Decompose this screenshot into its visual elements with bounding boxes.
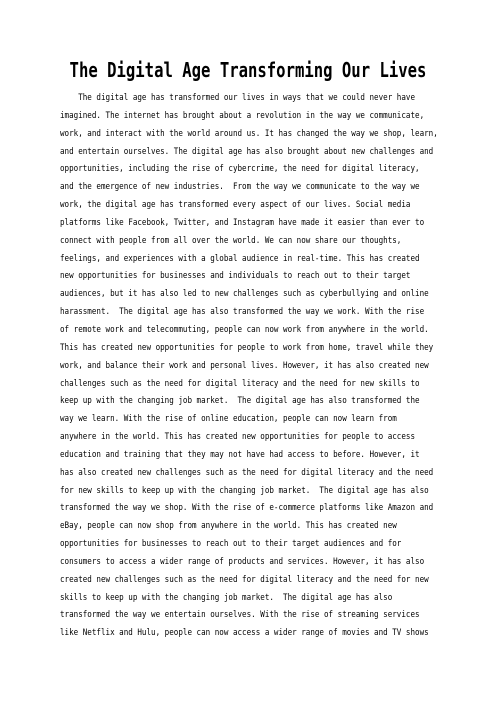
text-line: for new skills to keep up with the chang…	[60, 483, 379, 501]
text-line: consumers to access a wider range of pro…	[60, 554, 379, 572]
text-line: transformed the way we entertain ourselv…	[60, 607, 379, 625]
text-line: of remote work and telecommuting, people…	[60, 322, 379, 340]
text-line: education and training that they may not…	[60, 447, 379, 465]
text-line: work, and interact with the world around…	[60, 126, 379, 144]
text-line: work, the digital age has transformed ev…	[60, 197, 379, 215]
text-line: and the emergence of new industries. Fro…	[60, 179, 379, 197]
text-line: and entertain ourselves. The digital age…	[60, 144, 379, 162]
document-page: The Digital Age Transforming Our Lives T…	[0, 0, 496, 702]
text-line: keep up with the changing job market. Th…	[60, 393, 379, 411]
text-line: like Netflix and Hulu, people can now ac…	[60, 625, 379, 643]
text-line: platforms like Facebook, Twitter, and In…	[60, 215, 379, 233]
text-line: challenges such as the need for digital …	[60, 376, 379, 394]
text-line: This has created new opportunities for p…	[60, 340, 379, 358]
document-body-text: The digital age has transformed our live…	[60, 90, 440, 643]
text-line: audiences, but it has also led to new ch…	[60, 286, 379, 304]
text-line: work, and balance their work and persona…	[60, 358, 379, 376]
text-line: The digital age has transformed our live…	[60, 90, 379, 108]
text-line: imagined. The internet has brought about…	[60, 108, 379, 126]
text-line: connect with people from all over the wo…	[60, 233, 379, 251]
text-line: feelings, and experiences with a global …	[60, 251, 379, 269]
text-line: has also created new challenges such as …	[60, 465, 379, 483]
text-line: skills to keep up with the changing job …	[60, 590, 379, 608]
text-line: opportunities for businesses to reach ou…	[60, 536, 379, 554]
text-line: created new challenges such as the need …	[60, 572, 379, 590]
text-line: opportunities, including the rise of cyb…	[60, 161, 379, 179]
text-line: harassment. The digital age has also tra…	[60, 304, 379, 322]
text-line: way we learn. With the rise of online ed…	[60, 411, 379, 429]
text-line: transformed the way we shop. With the ri…	[60, 500, 379, 518]
text-line: eBay, people can now shop from anywhere …	[60, 518, 379, 536]
text-line: new opportunities for businesses and ind…	[60, 268, 379, 286]
document-title: The Digital Age Transforming Our Lives	[55, 58, 442, 82]
text-line: anywhere in the world. This has created …	[60, 429, 379, 447]
